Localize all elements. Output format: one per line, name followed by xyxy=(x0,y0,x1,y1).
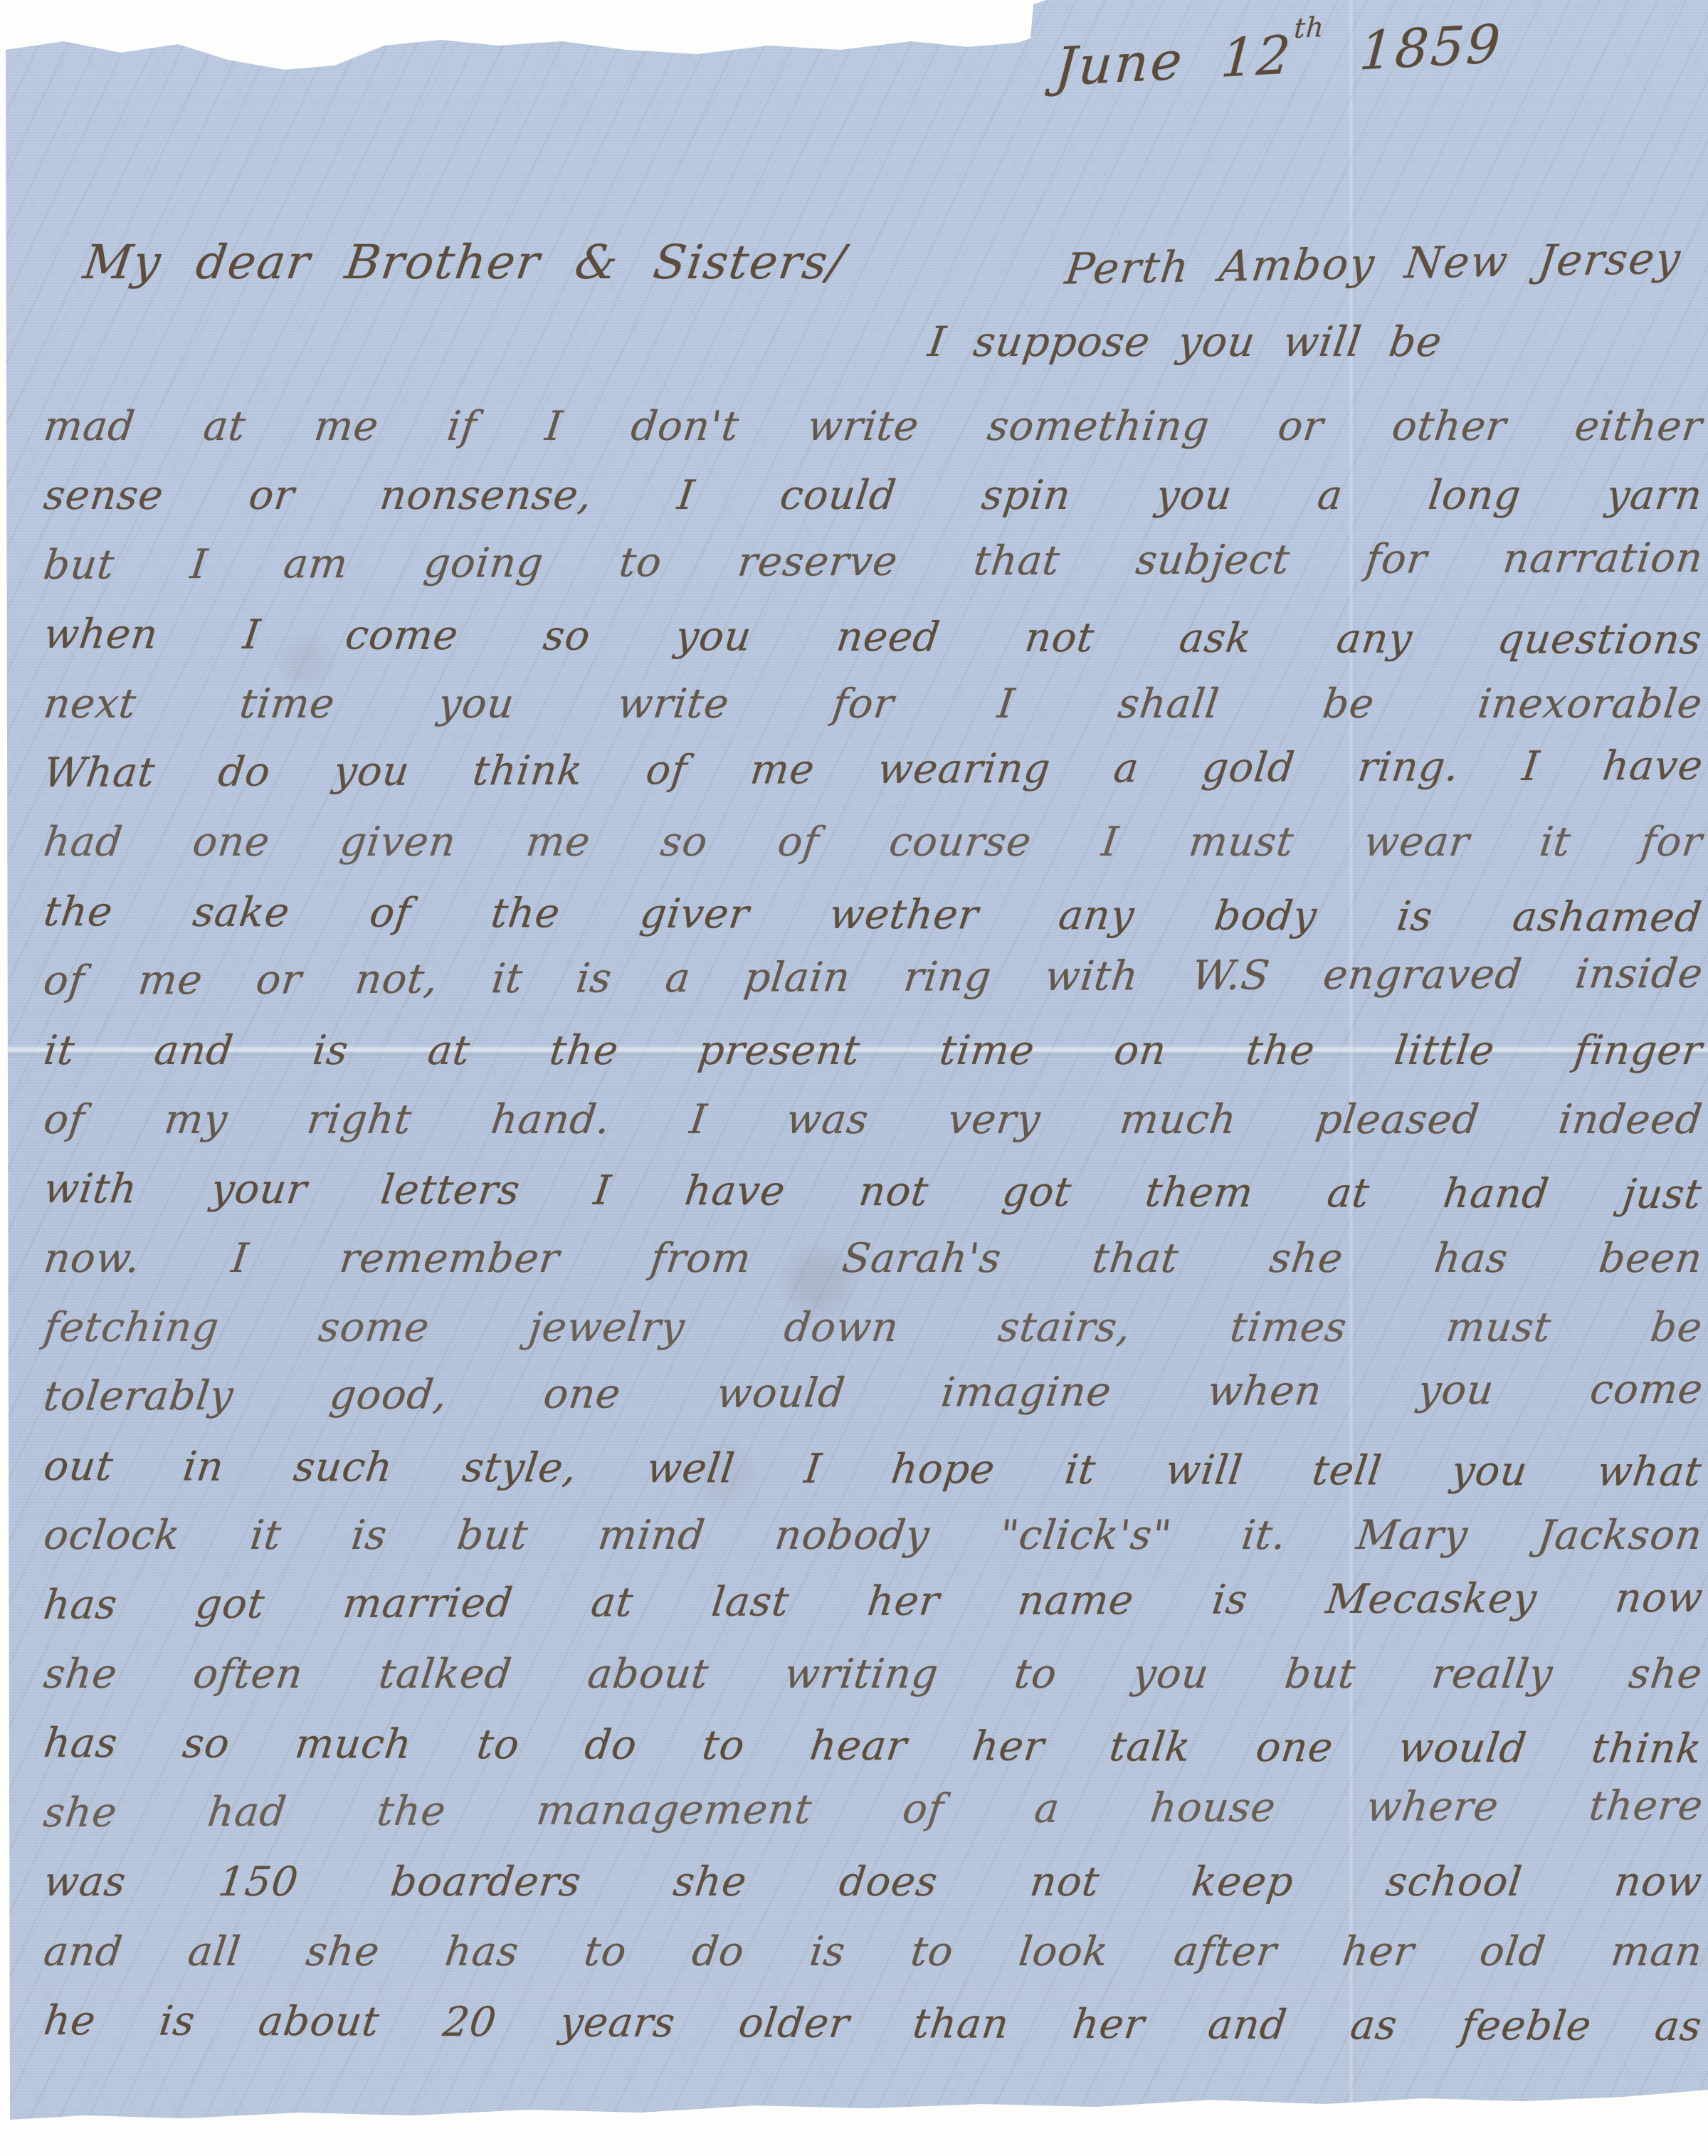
letter-line: out in such style, well I hope it will t… xyxy=(39,1437,1705,1513)
salutation: My dear Brother & Sisters/ xyxy=(80,235,850,290)
letter-line: with your letters I have not got them at… xyxy=(39,1159,1705,1235)
letter-line: he is about 20 years older than her and … xyxy=(39,1992,1705,2067)
date-line: June 12th 1859 xyxy=(1053,8,1612,98)
letter-line: mad at me if I don't write something or … xyxy=(39,397,1706,466)
date-month-day: June 12 xyxy=(1053,24,1295,98)
letter-line: of me or not, it is a plain ring with W.… xyxy=(39,945,1707,1021)
letter-line: and all she has to do is to look after h… xyxy=(39,1923,1706,1992)
date-ordinal-suffix: th xyxy=(1293,11,1325,44)
letter-line: fetching some jewelry down stairs, times… xyxy=(39,1298,1706,1367)
letter-line: she often talked about writing to you bu… xyxy=(39,1645,1706,1714)
letter-paper: June 12th 1859 My dear Brother & Sisters… xyxy=(0,0,1708,2156)
letter-line: had one given me so of course I must wea… xyxy=(39,813,1706,882)
letter-line: when I come so you need not ask any ques… xyxy=(39,605,1705,680)
letter-line: tolerably good, one would imagine when y… xyxy=(39,1360,1707,1437)
salutation-row: My dear Brother & Sisters/ Perth Amboy N… xyxy=(84,235,1681,290)
letter-line: next time you write for I shall be inexo… xyxy=(39,675,1706,744)
letter-line: she had the management of a house where … xyxy=(39,1777,1707,1853)
letter-line: it and is at the present time on the lit… xyxy=(39,1021,1706,1090)
letter-line: now. I remember from Sarah's that she ha… xyxy=(39,1229,1706,1298)
letter-line: was 150 boarders she does not keep schoo… xyxy=(39,1853,1706,1922)
letter-line: sense or nonsense, I could spin you a lo… xyxy=(39,466,1706,535)
letter-line: has got married at last her name is Meca… xyxy=(39,1568,1707,1645)
letter-body: mad at me if I don't write something or … xyxy=(39,397,1697,2061)
letter-line: What do you think of me wearing a gold r… xyxy=(39,737,1707,814)
letter-line: of my right hand. I was very much please… xyxy=(39,1090,1706,1159)
scanned-letter: June 12th 1859 My dear Brother & Sisters… xyxy=(0,0,1708,2156)
letter-line: oclock it is but mind nobody "click's" i… xyxy=(39,1506,1706,1575)
letter-line: but I am going to reserve that subject f… xyxy=(39,529,1707,606)
date-year: 1859 xyxy=(1357,14,1504,83)
opening-line: I suppose you will be xyxy=(925,317,1687,366)
place-line: Perth Amboy New Jersey xyxy=(1062,233,1684,294)
